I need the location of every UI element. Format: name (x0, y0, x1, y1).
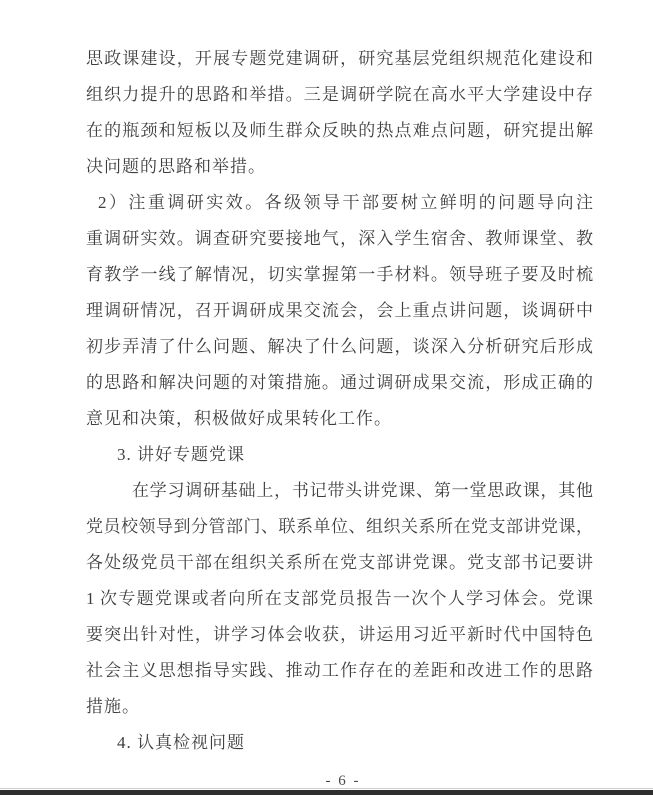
text-line: 2）注重调研实效。各级领导干部要树立鲜明的问题导向注 (86, 185, 593, 221)
text-line: 组织力提升的思路和举措。三是调研学院在高水平大学建设中存 (86, 77, 593, 113)
section-heading-3: 3. 讲好专题党课 (86, 437, 593, 473)
text-line: 1 次专题党课或者向所在支部党员报告一次个人学习体会。党课 (86, 581, 593, 617)
text-line: 各处级党员干部在组织关系所在党支部讲党课。党支部书记要讲 (86, 545, 593, 581)
section-heading-4: 4. 认真检视问题 (86, 725, 593, 761)
text-line: 在的瓶颈和短板以及师生群众反映的热点难点问题，研究提出解 (86, 113, 593, 149)
text-line: 思政课建设，开展专题党建调研，研究基层党组织规范化建设和 (86, 41, 593, 77)
page-number: - 6 - (326, 772, 361, 790)
text-column: 思政课建设，开展专题党建调研，研究基层党组织规范化建设和 组织力提升的思路和举措… (86, 41, 593, 761)
text-line: 社会主义思想指导实践、推动工作存在的差距和改进工作的思路 (86, 653, 593, 689)
bottom-edge-bar (0, 790, 653, 795)
paragraph: 思政课建设，开展专题党建调研，研究基层党组织规范化建设和 组织力提升的思路和举措… (86, 41, 593, 185)
text-line: 措施。 (86, 689, 593, 725)
text-line: 初步弄清了什么问题、解决了什么问题，谈深入分析研究后形成 (86, 329, 593, 365)
document-page: 思政课建设，开展专题党建调研，研究基层党组织规范化建设和 组织力提升的思路和举措… (0, 0, 653, 795)
text-line: 重调研实效。调查研究要接地气，深入学生宿舍、教师课堂、教 (86, 221, 593, 257)
text-line: 理调研情况，召开调研成果交流会，会上重点讲问题，谈调研中 (86, 293, 593, 329)
text-line: 要突出针对性，讲学习体会收获，讲运用习近平新时代中国特色 (86, 617, 593, 653)
text-line: 意见和决策，积极做好成果转化工作。 (86, 401, 593, 437)
paragraph: 2）注重调研实效。各级领导干部要树立鲜明的问题导向注 重调研实效。调查研究要接地… (86, 185, 593, 437)
text-line: 决问题的思路和举措。 (86, 149, 593, 185)
text-line: 在学习调研基础上，书记带头讲党课、第一堂思政课，其他 (86, 473, 593, 509)
text-line: 育教学一线了解情况，切实掌握第一手材料。领导班子要及时梳 (86, 257, 593, 293)
text-line: 党员校领导到分管部门、联系单位、组织关系所在党支部讲党课， (86, 509, 593, 545)
paragraph: 在学习调研基础上，书记带头讲党课、第一堂思政课，其他 党员校领导到分管部门、联系… (86, 473, 593, 725)
text-line: 的思路和解决问题的对策措施。通过调研成果交流，形成正确的 (86, 365, 593, 401)
